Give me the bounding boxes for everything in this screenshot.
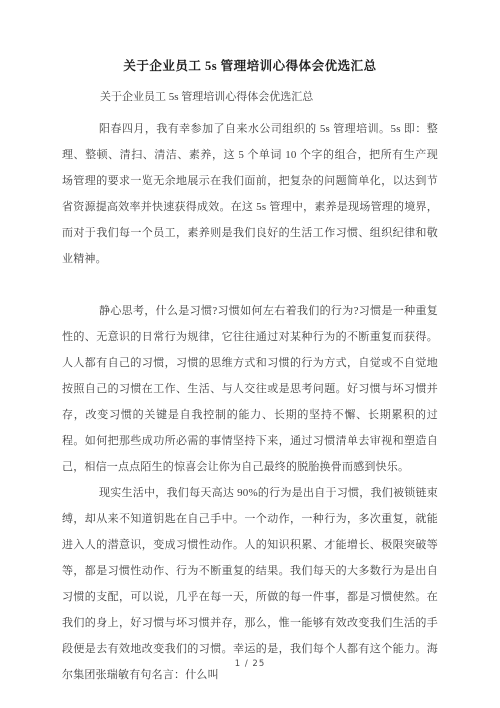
paragraph-1: 阳春四月，我有幸参加了自来水公司组织的 5s 管理培训。5s 即：整理、整顿、清… xyxy=(62,116,438,272)
document-page: 关于企业员工 5s 管理培训心得体会优选汇总 关于企业员工 5s 管理培训心得体… xyxy=(0,0,500,708)
paragraph-2: 静心思考，什么是习惯?习惯如何左右着我们的行为?习惯是一种重复性的、无意识的日常… xyxy=(62,298,438,480)
document-subtitle: 关于企业员工 5s 管理培训心得体会优选汇总 xyxy=(62,89,438,105)
page-number-indicator: 1 / 25 xyxy=(0,659,500,669)
paragraph-3: 现实生活中，我们每天高达 90%的行为是出自于习惯，我们被锁链束缚，却从来不知道… xyxy=(62,480,438,688)
page-content: 关于企业员工 5s 管理培训心得体会优选汇总 关于企业员工 5s 管理培训心得体… xyxy=(62,0,438,688)
document-title: 关于企业员工 5s 管理培训心得体会优选汇总 xyxy=(62,58,438,75)
